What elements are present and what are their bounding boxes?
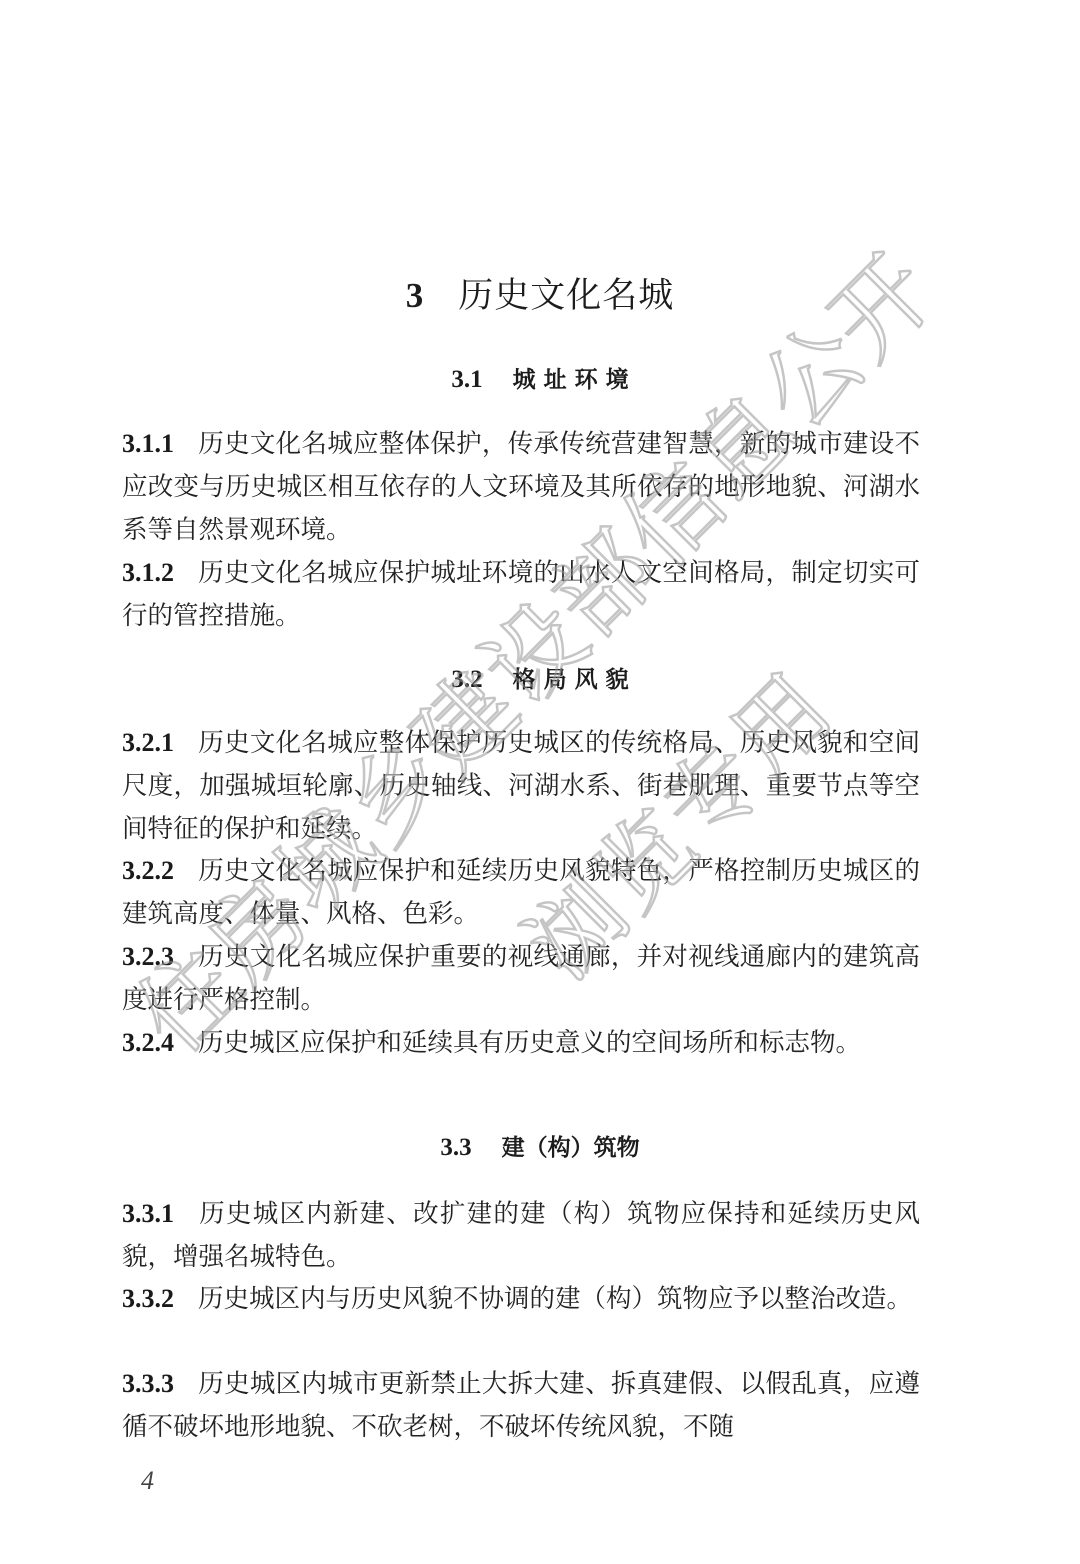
clause-number: 3.2.3	[122, 942, 174, 971]
section-heading-3-3: 3.3建（构）筑物	[0, 1132, 1080, 1164]
section-title: 建（构）筑物	[502, 1135, 640, 1161]
clause-text: 历史文化名城应保护重要的视线通廊，并对视线通廊内的建筑高度进行严格控制。	[122, 942, 920, 1015]
clause-3-2-2: 3.2.2历史文化名城应保护和延续历史风貌特色，严格控制历史城区的建筑高度、体量…	[122, 849, 920, 936]
clause-number: 3.2.1	[122, 728, 174, 757]
clause-3-3-3: 3.3.3历史城区内城市更新禁止大拆大建、拆真建假、以假乱真，应遵循不破坏地形地…	[122, 1362, 920, 1449]
section-heading-3-2: 3.2格 局 风 貌	[0, 664, 1080, 696]
section-number: 3.3	[440, 1134, 471, 1161]
clause-number: 3.2.4	[122, 1028, 174, 1057]
clause-number: 3.1.1	[122, 429, 174, 458]
clause-number: 3.1.2	[122, 558, 174, 587]
section-title: 格 局 风 貌	[513, 667, 629, 693]
clause-text: 历史城区内与历史风貌不协调的建（构）筑物应予以整治改造。	[198, 1284, 912, 1314]
clause-number: 3.2.2	[122, 856, 174, 885]
clause-3-2-4: 3.2.4历史城区应保护和延续具有历史意义的空间场所和标志物。	[122, 1021, 920, 1065]
page-number: 4	[141, 1466, 154, 1496]
section-number: 3.1	[451, 366, 482, 393]
clause-text: 历史文化名城应保护和延续历史风貌特色，严格控制历史城区的建筑高度、体量、风格、色…	[122, 856, 920, 929]
clause-3-1-2: 3.1.2历史文化名城应保护城址环境的山水人文空间格局，制定切实可行的管控措施。	[122, 551, 920, 638]
clause-text: 历史文化名城应保护城址环境的山水人文空间格局，制定切实可行的管控措施。	[122, 558, 920, 631]
section-number: 3.2	[451, 666, 482, 693]
clause-3-3-2: 3.3.2历史城区内与历史风貌不协调的建（构）筑物应予以整治改造。	[122, 1277, 920, 1321]
clause-number: 3.3.2	[122, 1284, 174, 1313]
chapter-title: 3历史文化名城	[0, 272, 1080, 320]
clause-3-2-1: 3.2.1历史文化名城应整体保护历史城区的传统格局、历史风貌和空间尺度，加强城垣…	[122, 721, 920, 851]
clause-text: 历史城区内新建、改扩建的建（构）筑物应保持和延续历史风貌，增强名城特色。	[122, 1199, 920, 1272]
section-title: 城 址 环 境	[513, 367, 629, 393]
clause-text: 历史文化名城应整体保护，传承传统营建智慧，新的城市建设不应改变与历史城区相互依存…	[122, 429, 920, 545]
chapter-title-text: 历史文化名城	[458, 276, 674, 316]
document-page: 3历史文化名城 3.1城 址 环 境 3.1.1历史文化名城应整体保护，传承传统…	[0, 0, 1080, 1564]
clause-3-3-1: 3.3.1历史城区内新建、改扩建的建（构）筑物应保持和延续历史风貌，增强名城特色…	[122, 1192, 920, 1279]
clause-text: 历史文化名城应整体保护历史城区的传统格局、历史风貌和空间尺度，加强城垣轮廓、历史…	[122, 728, 920, 844]
chapter-number: 3	[406, 276, 425, 315]
clause-3-1-1: 3.1.1历史文化名城应整体保护，传承传统营建智慧，新的城市建设不应改变与历史城…	[122, 422, 920, 552]
clause-3-2-3: 3.2.3历史文化名城应保护重要的视线通廊，并对视线通廊内的建筑高度进行严格控制…	[122, 935, 920, 1022]
clause-number: 3.3.3	[122, 1369, 174, 1398]
clause-number: 3.3.1	[122, 1199, 174, 1228]
clause-text: 历史城区内城市更新禁止大拆大建、拆真建假、以假乱真，应遵循不破坏地形地貌、不砍老…	[122, 1369, 920, 1442]
clause-text: 历史城区应保护和延续具有历史意义的空间场所和标志物。	[198, 1028, 861, 1058]
section-heading-3-1: 3.1城 址 环 境	[0, 364, 1080, 396]
